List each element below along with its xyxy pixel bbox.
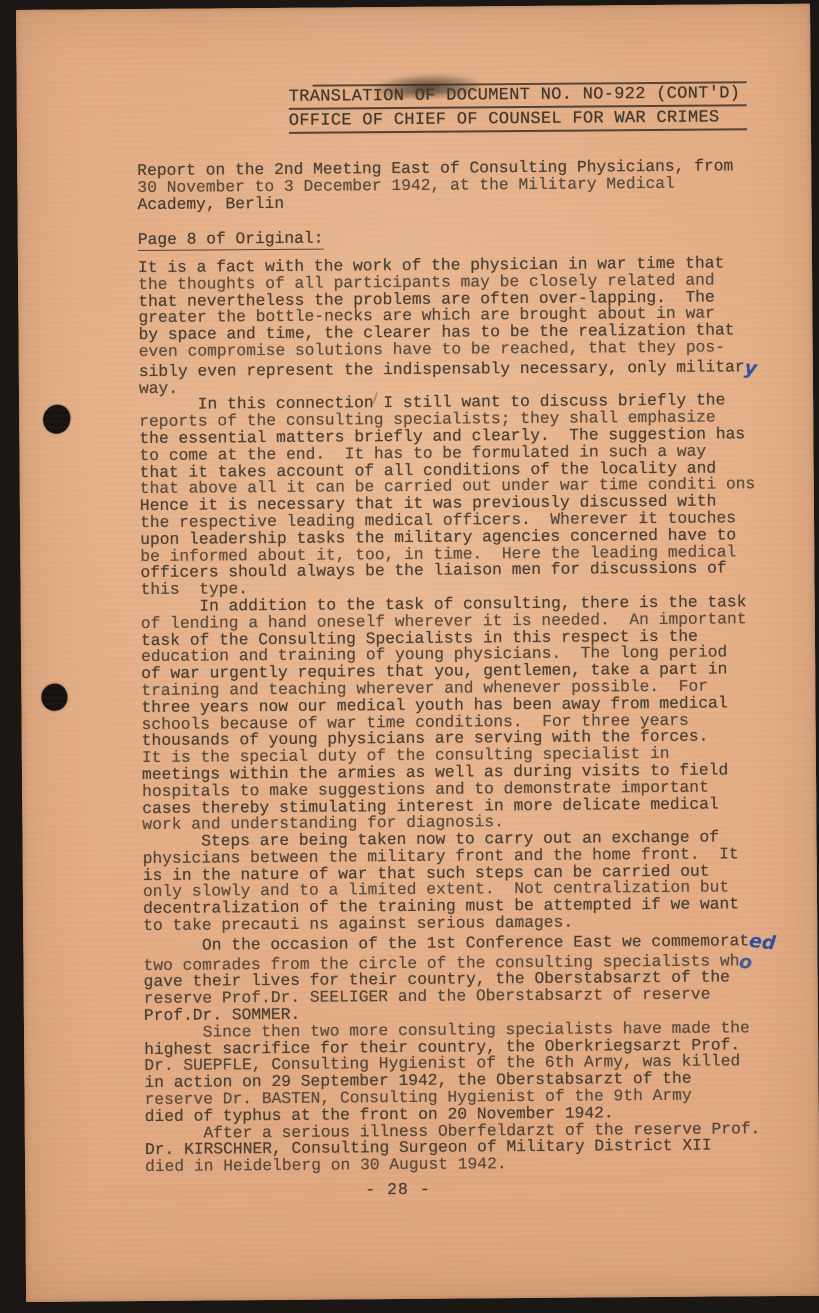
report-title: Report on the 2nd Meeting East of Consul… — [137, 157, 757, 213]
handwritten-annotation: o — [738, 952, 753, 972]
document-page: TRANSLATION OF DOCUMENT NO. NO-922 (CONT… — [16, 4, 819, 1302]
scan-background: { "colors": { "background": "#1b1715", "… — [0, 0, 819, 1313]
stamp-office-name: OFFICE OF CHIEF OF COUNSEL FOR WAR CRIME… — [289, 108, 747, 134]
page-number: - 28 - — [365, 1180, 431, 1200]
header-stamp: TRANSLATION OF DOCUMENT NO. NO-922 (CONT… — [289, 84, 747, 136]
stamp-document-number: TRANSLATION OF DOCUMENT NO. NO-922 (CONT… — [289, 84, 747, 110]
text-line: 30 November to 3 December 1942, at the M… — [137, 174, 757, 196]
punch-hole-top — [41, 402, 73, 436]
body-text: It is a fact with the work of the physic… — [138, 255, 765, 1176]
section-heading: Page 8 of Original: — [138, 229, 324, 251]
punch-hole-bottom — [40, 682, 70, 713]
text-line: died in Heidelberg on 30 August 1942. — [145, 1154, 765, 1176]
